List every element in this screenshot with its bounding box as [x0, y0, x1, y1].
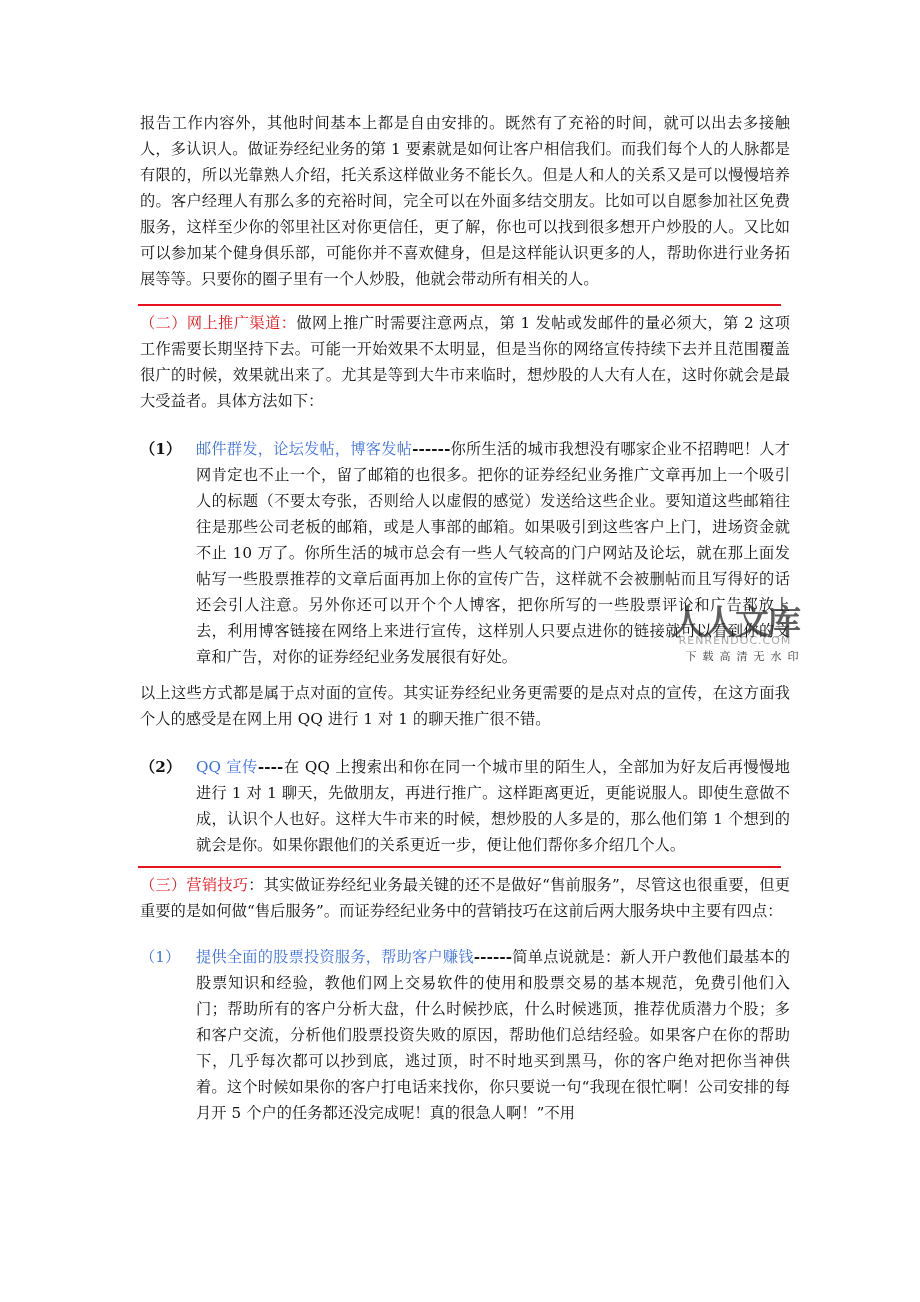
- section2-item-1: （1） 邮件群发，论坛发帖，博客发帖------你所生活的城市我想没有哪家企业不…: [140, 436, 790, 670]
- section2-block: （二）网上推广渠道：做网上推广时需要注意两点，第 1 发帖或发邮件的量必须大，第…: [140, 310, 790, 414]
- item-title: 邮件群发，论坛发帖，博客发帖: [196, 440, 412, 458]
- item-separator: ------: [412, 440, 450, 458]
- section3-heading: （三）营销技巧: [140, 876, 248, 894]
- item-number: （1）: [140, 944, 180, 970]
- intro-paragraph: 报告工作内容外，其他时间基本上都是自由安排的。既然有了充裕的时间，就可以出去多接…: [140, 110, 790, 292]
- between-paragraph: 以上这些方式都是属于点对面的宣传。其实证券经纪业务更需要的是点对点的宣传，在这方…: [140, 680, 790, 732]
- item-number: （2）: [140, 754, 181, 780]
- item-body: 你所生活的城市我想没有哪家企业不招聘吧！人才网肯定也不止一个，留了邮箱的也很多。…: [196, 440, 790, 666]
- item-body: 简单点说就是：新人开户教他们最基本的股票知识和经验，教他们网上交易软件的使用和股…: [196, 948, 790, 1122]
- item-separator: ----: [258, 758, 284, 776]
- section3-item-1: （1） 提供全面的股票投资服务，帮助客户赚钱------简单点说就是：新人开户教…: [140, 944, 790, 1126]
- section2-item-2: （2） QQ 宣传----在 QQ 上搜索出和你在同一个城市里的陌生人，全部加为…: [140, 754, 790, 858]
- section2-heading: （二）网上推广渠道：: [140, 314, 296, 332]
- item-title: 提供全面的股票投资服务，帮助客户赚钱: [196, 948, 474, 966]
- item-body: 在 QQ 上搜索出和你在同一个城市里的陌生人，全部加为好友后再慢慢地进行 1 对…: [196, 758, 790, 854]
- section3-colon: ：: [248, 876, 263, 894]
- item-title: QQ 宣传: [196, 758, 258, 776]
- item-number: （1）: [140, 436, 181, 462]
- item-separator: ------: [474, 948, 512, 966]
- section3-block: （三）营销技巧：其实做证券经纪业务最关键的还不是做好“售前服务”，尽管这也很重要…: [140, 872, 790, 924]
- document-page: 报告工作内容外，其他时间基本上都是自由安排的。既然有了充裕的时间，就可以出去多接…: [140, 110, 790, 1126]
